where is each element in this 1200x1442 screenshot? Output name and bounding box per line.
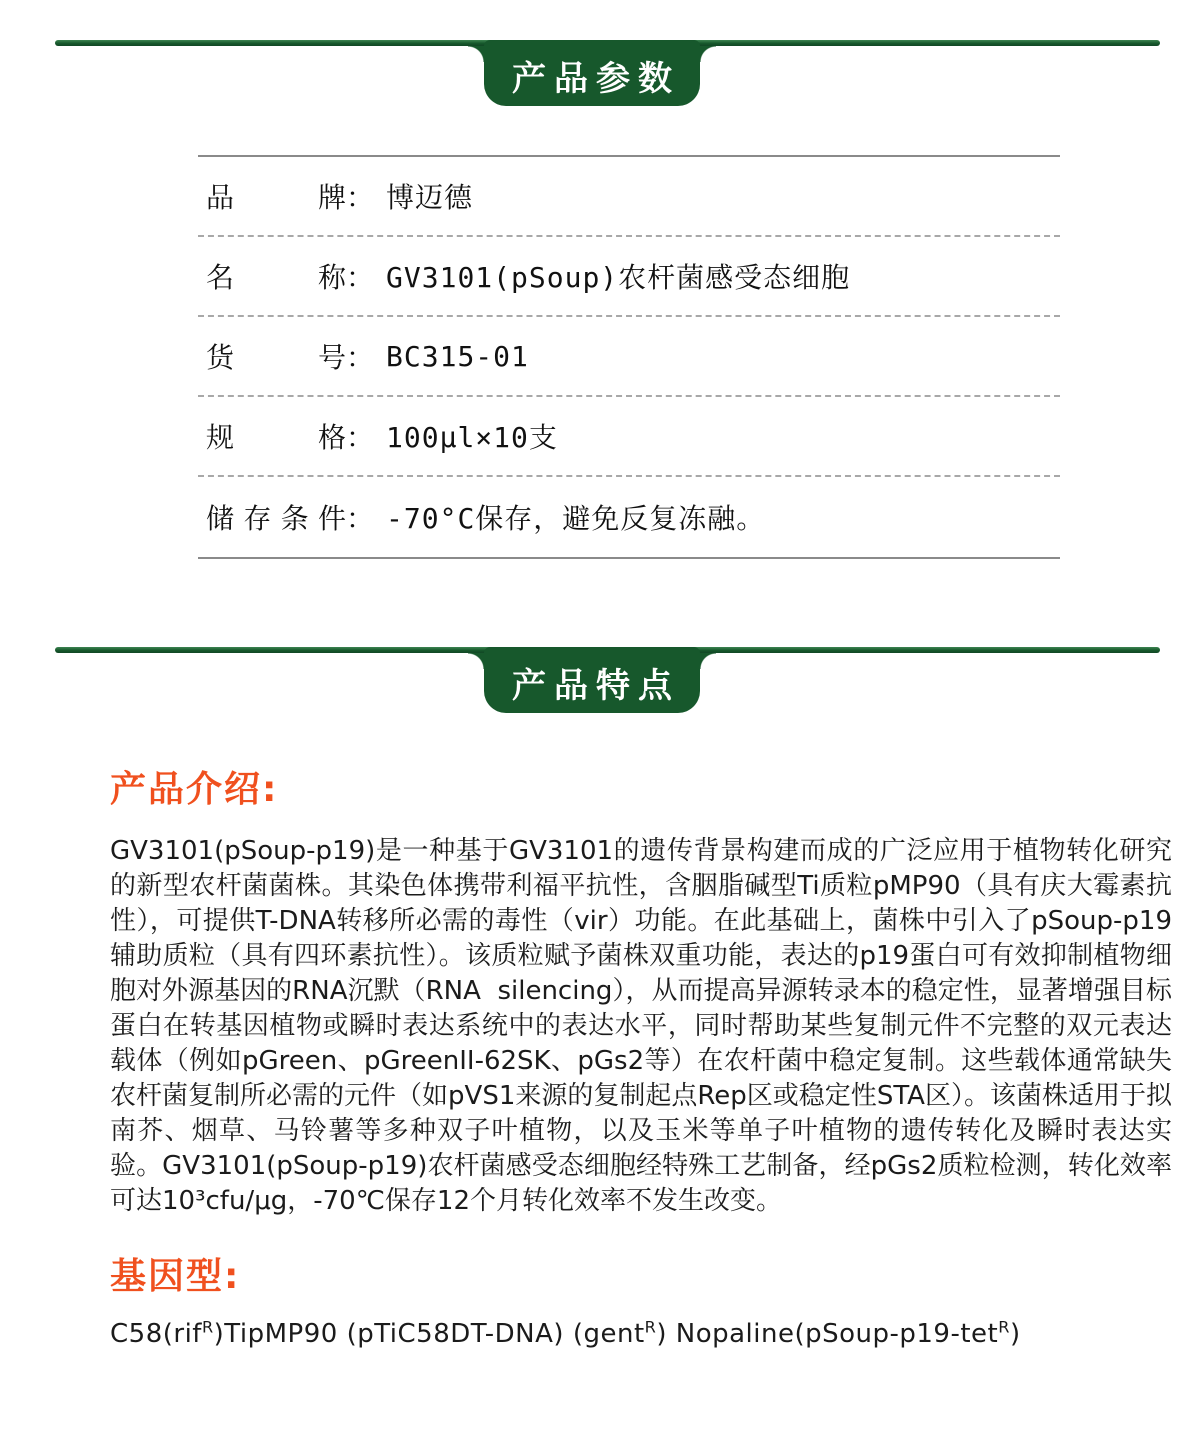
intro-paragraph: GV3101(pSoup-p19)是一种基于GV3101的遗传背景构建而成的广泛… bbox=[110, 834, 1172, 1219]
param-colon: ： bbox=[346, 336, 374, 376]
param-value: BC315-01 bbox=[386, 340, 529, 373]
features-banner: 产品特点 bbox=[0, 647, 1200, 713]
parameters-table: 品牌： 博迈德 名称： GV3101(pSoup)农杆菌感受态细胞 货号： BC… bbox=[198, 155, 1060, 559]
features-banner-title: 产品特点 bbox=[512, 658, 680, 707]
genotype-heading: 基因型: bbox=[110, 1255, 1172, 1299]
param-label: 规格 bbox=[206, 416, 346, 456]
features-banner-tab: 产品特点 bbox=[484, 647, 700, 713]
table-row-name: 名称： GV3101(pSoup)农杆菌感受态细胞 bbox=[198, 237, 1060, 317]
param-value: 博迈德 bbox=[386, 176, 473, 216]
param-colon: ： bbox=[346, 416, 374, 456]
table-row-specification: 规格： 100μl×10支 bbox=[198, 397, 1060, 477]
param-label: 名称 bbox=[206, 256, 346, 296]
param-colon: ： bbox=[346, 176, 374, 216]
param-value: GV3101(pSoup)农杆菌感受态细胞 bbox=[386, 256, 850, 296]
table-row-catalog-number: 货号： BC315-01 bbox=[198, 317, 1060, 397]
table-row-brand: 品牌： 博迈德 bbox=[198, 157, 1060, 237]
parameters-banner-tab: 产品参数 bbox=[484, 40, 700, 106]
param-label: 储存条件 bbox=[206, 497, 346, 537]
genotype-line: C58(rifR)TipMP90 (pTiC58DT-DNA) (gentR) … bbox=[110, 1319, 1172, 1349]
parameters-banner-title: 产品参数 bbox=[512, 51, 680, 100]
param-colon: ： bbox=[346, 256, 374, 296]
parameters-section: 产品参数 品牌： 博迈德 名称： GV3101(pSoup)农杆菌感受态细胞 货… bbox=[0, 40, 1200, 559]
features-content: 产品介绍: GV3101(pSoup-p19)是一种基于GV3101的遗传背景构… bbox=[110, 768, 1172, 1349]
param-label: 品牌 bbox=[206, 176, 346, 216]
parameters-banner: 产品参数 bbox=[0, 40, 1200, 106]
param-value: -70°C保存，避免反复冻融。 bbox=[386, 497, 765, 537]
features-section: 产品特点 产品介绍: GV3101(pSoup-p19)是一种基于GV3101的… bbox=[0, 647, 1200, 1349]
table-row-storage-condition: 储存条件： -70°C保存，避免反复冻融。 bbox=[198, 477, 1060, 557]
param-label: 货号 bbox=[206, 336, 346, 376]
param-value: 100μl×10支 bbox=[386, 416, 558, 456]
param-colon: ： bbox=[346, 497, 374, 537]
intro-heading: 产品介绍: bbox=[110, 768, 1172, 812]
